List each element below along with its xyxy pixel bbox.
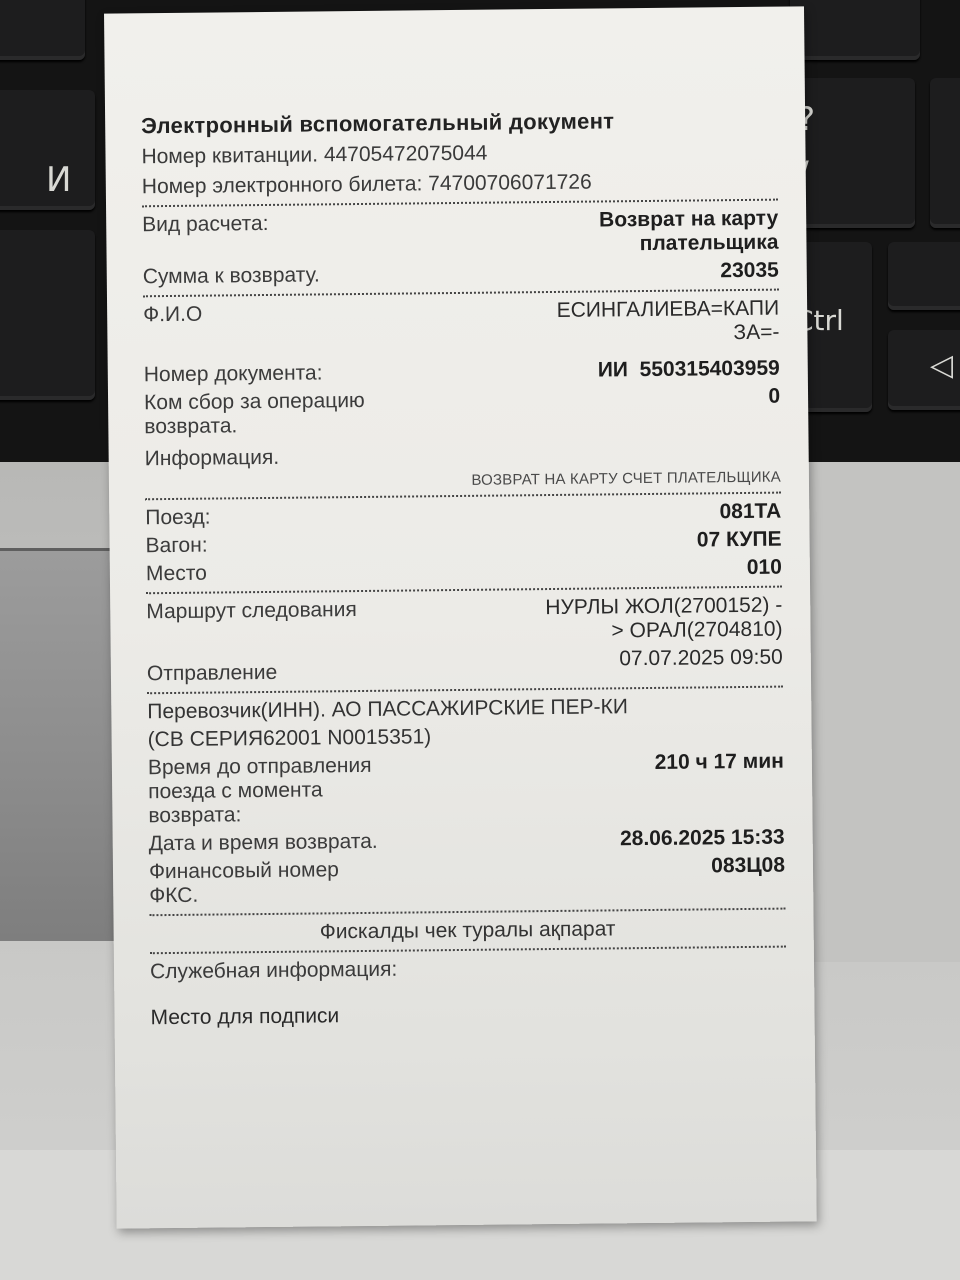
seat-label: Место [146,562,207,587]
refund-fee-label-line2: возврата. [144,414,237,438]
signature-label: Место для подписи [150,1000,786,1031]
keyboard-key [790,0,920,60]
payment-type-value-line1: Возврат на карту [599,207,778,232]
refund-fee-value: 0 [768,385,780,409]
keyboard-key-arrow: ◁ [888,330,960,410]
car-row: Вагон: 07 КУПЕ [145,528,781,559]
fiscal-number-label-line1: Финансовый номер [149,858,339,883]
keyboard-key [930,78,960,228]
divider [150,946,786,955]
full-name-label: Ф.И.О [143,303,202,328]
laptop-chassis-right [808,462,960,962]
ticket-number-line: Номер электронного билета: 7470070607172… [142,169,778,200]
receipt-number-label: Номер квитанции. [141,143,318,168]
refund-receipt: Электронный вспомогательный документ Ном… [104,6,817,1228]
receipt-title: Электронный вспомогательный документ [141,107,777,140]
keyboard-key [0,0,85,60]
receipt-number: 44705472075044 [324,142,488,167]
route-value: НУРЛЫ ЖОЛ(2700152) - > ОРАЛ(2704810) [545,594,782,644]
refund-amount-row: Сумма к возврату. 23035 [143,259,779,290]
receipt-number-line: Номер квитанции. 44705472075044 [141,139,777,170]
refund-amount-value: 23035 [720,259,779,284]
refund-datetime-row: Дата и время возврата. 28.06.2025 15:33 [149,826,785,857]
route-label: Маршрут следования [146,598,357,624]
divider [147,686,783,695]
divider [142,199,778,208]
time-to-departure-label: Время до отправления поезда с момента во… [148,754,372,828]
departure-value: 07.07.2025 09:50 [619,646,783,672]
carrier-line2: (СВ СЕРИЯ62001 N0015351) [148,722,784,753]
divider [143,289,779,298]
time-to-departure-label-line1: Время до отправления [148,754,372,779]
keyboard-key: И [0,90,95,210]
refund-datetime-value: 28.06.2025 15:33 [620,826,785,852]
service-info-label: Служебная информация: [150,954,786,985]
keyboard-key [0,230,95,400]
train-row: Поезд: 081ТА [145,500,781,531]
divider [149,908,785,917]
fiscal-number-row: Финансовый номер ФКС. 083Ц08 [149,854,785,909]
divider [146,586,782,595]
left-arrow-icon: ◁ [930,348,953,383]
route-value-line2: > ОРАЛ(2704810) [611,618,782,643]
time-to-departure-value: 210 ч 17 мин [655,750,784,775]
carrier-line1: Перевозчик(ИНН). АО ПАССАЖИРСКИЕ ПЕР-КИ [147,694,783,725]
information-label: Информация. [145,446,280,471]
payment-type-value: Возврат на карту плательщика [599,207,779,257]
receipt-content: Электронный вспомогательный документ Ном… [141,107,787,1031]
departure-label: Отправление [147,661,278,686]
seat-value: 010 [747,556,782,580]
refund-fee-label-line1: Ком сбор за операцию [144,389,365,414]
payment-type-row: Вид расчета: Возврат на карту плательщик… [142,207,778,262]
fiscal-number-value: 083Ц08 [711,854,785,879]
route-value-line1: НУРЛЫ ЖОЛ(2700152) - [545,594,782,619]
route-row: Маршрут следования НУРЛЫ ЖОЛ(2700152) - … [146,594,782,649]
document-number-row: Номер документа: ИИ 550315403959 [144,357,780,388]
key-label: И [46,160,71,200]
full-name-row: Ф.И.О ЕСИНГАЛИЕВА=КАПИ ЗА=- [143,297,779,352]
car-value: 07 КУПЕ [697,528,782,553]
document-number-label: Номер документа: [144,361,323,387]
time-to-departure-label-line2: поезда с момента [148,778,323,803]
full-name-value: ЕСИНГАЛИЕВА=КАПИ ЗА=- [557,297,780,347]
refund-fee-row: Ком сбор за операцию возврата. 0 [144,385,780,440]
ticket-number-label: Номер электронного билета: [142,172,423,198]
fiscal-number-label: Финансовый номер ФКС. [149,858,339,908]
train-value: 081ТА [719,500,781,525]
full-name-value-line1: ЕСИНГАЛИЕВА=КАПИ [557,297,780,322]
car-label: Вагон: [145,534,207,559]
document-number-value: ИИ 550315403959 [598,357,780,383]
departure-row: Отправление 07.07.2025 09:50 [147,646,783,687]
payment-type-label: Вид расчета: [142,212,269,237]
keyboard-key: ? / [790,78,915,228]
seat-row: Место 010 [146,556,782,587]
ticket-number: 74700706071726 [428,171,592,196]
divider [145,492,781,501]
fiscal-number-label-line2: ФКС. [149,884,198,908]
time-to-departure-label-line3: возврата: [148,803,241,827]
time-to-departure-row: Время до отправления поезда с момента во… [148,750,785,829]
fiscal-info-heading: Фискалды чек туралы ақпарат [150,916,786,947]
keyboard-key [888,242,960,310]
train-label: Поезд: [145,506,210,531]
payment-type-value-line2: плательщика [640,231,779,255]
information-row: Информация. [145,441,781,472]
refund-fee-label: Ком сбор за операцию возврата. [144,389,365,439]
full-name-value-line2: ЗА=- [733,321,779,344]
refund-datetime-label: Дата и время возврата. [149,830,378,856]
refund-amount-label: Сумма к возврату. [143,263,320,289]
information-value: ВОЗВРАТ НА КАРТУ СЧЕТ ПЛАТЕЛЬЩИКА [145,469,781,493]
